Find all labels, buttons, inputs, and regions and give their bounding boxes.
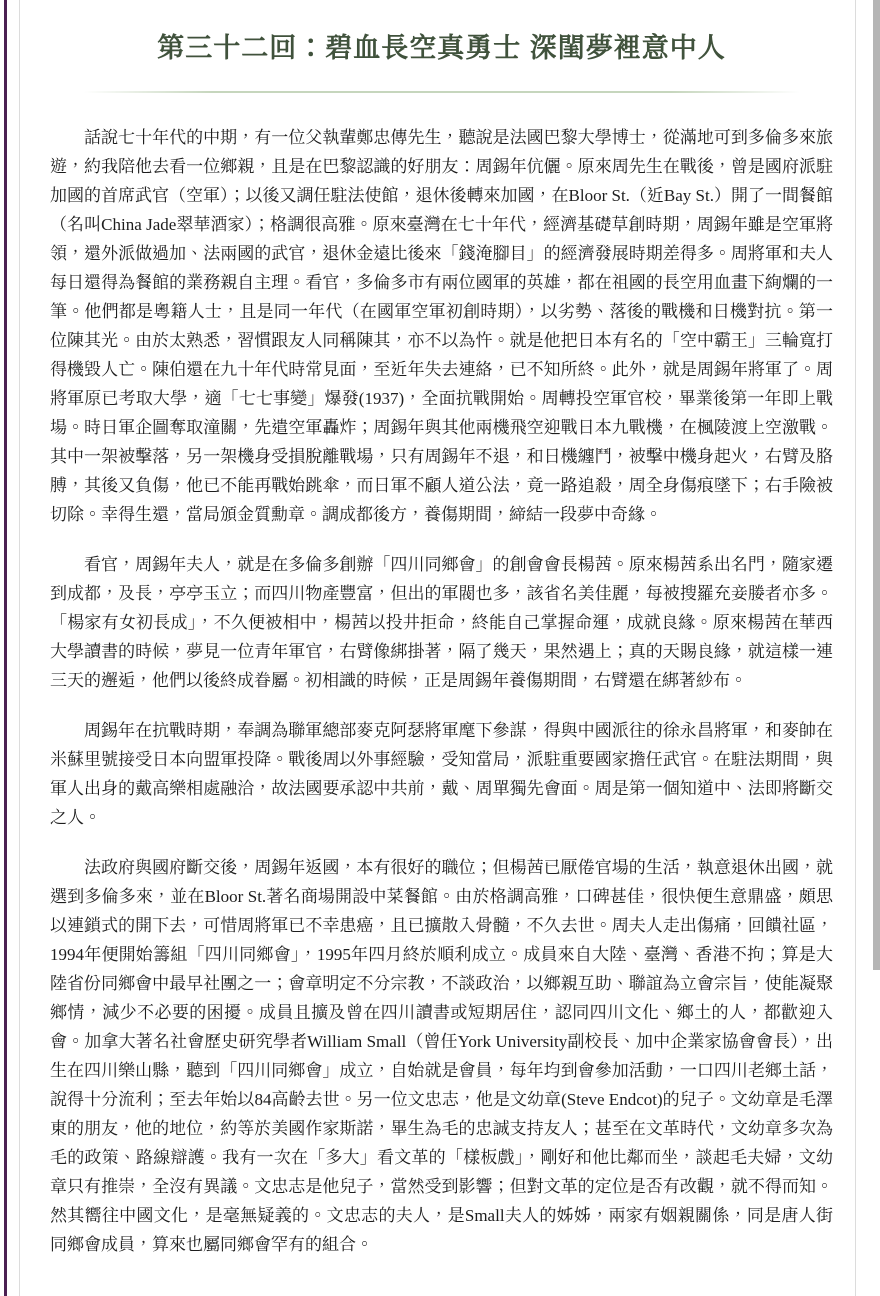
- article-paragraph: 法政府與國府斷交後，周錫年返國，本有很好的職位；但楊茜已厭倦官場的生活，執意退休…: [50, 853, 833, 1259]
- right-inner-hairline: [855, 0, 856, 1296]
- article-paragraph: 周錫年在抗戰時期，奉調為聯軍總部麥克阿瑟將軍麾下參謀，得與中國派往的徐永昌將軍，…: [50, 716, 833, 832]
- left-purple-rule: [4, 0, 7, 1296]
- chapter-title: 第三十二回：碧血長空真勇士 深閨夢裡意中人: [50, 26, 833, 65]
- title-divider: [84, 91, 800, 93]
- article-paragraph: 話說七十年代的中期，有一位父執輩鄭忠傳先生，聽說是法國巴黎大學博士，從滿地可到多…: [50, 123, 833, 529]
- article-paragraph: 看官，周錫年夫人，就是在多倫多創辦「四川同鄉會」的創會會長楊茜。原來楊茜系出名門…: [50, 550, 833, 695]
- page-frame: 第三十二回：碧血長空真勇士 深閨夢裡意中人 話說七十年代的中期，有一位父執輩鄭忠…: [0, 0, 880, 1296]
- scrollbar-thumb[interactable]: [873, 0, 880, 970]
- content-column: 第三十二回：碧血長空真勇士 深閨夢裡意中人 話說七十年代的中期，有一位父執輩鄭忠…: [20, 0, 855, 1280]
- article-body: 話說七十年代的中期，有一位父執輩鄭忠傳先生，聽說是法國巴黎大學博士，從滿地可到多…: [50, 123, 833, 1259]
